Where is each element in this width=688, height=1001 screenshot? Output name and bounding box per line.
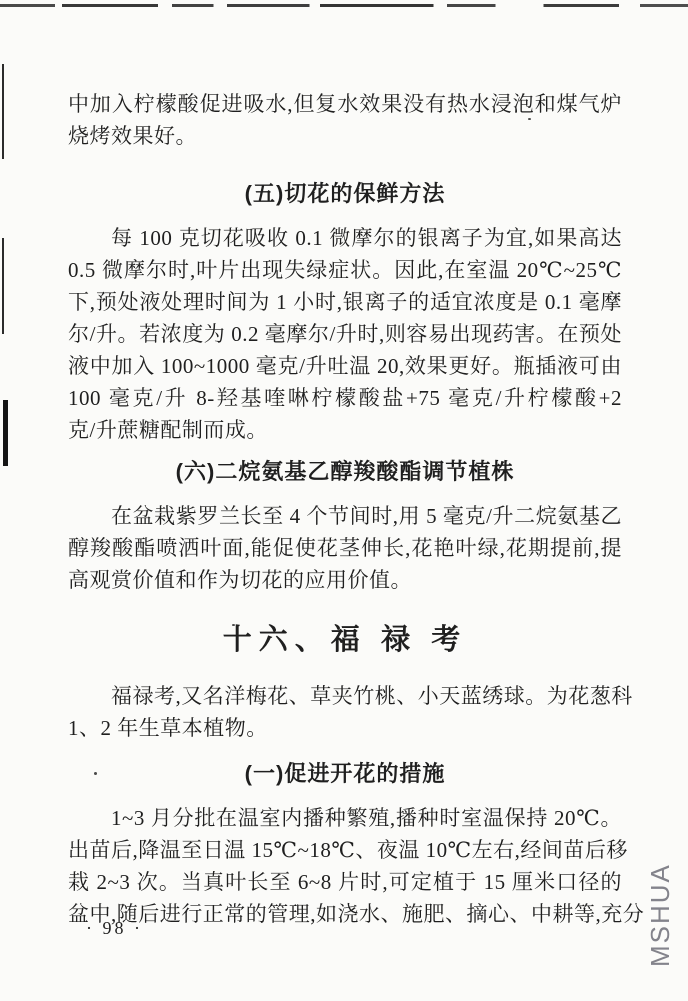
body-line: 烧烤效果好。 [68,120,622,152]
scan-edge-artifact-left-2 [2,238,4,334]
body-line: 0.5 微摩尔时,叶片出现失绿症状。因此,在室温 20℃~25℃ [68,254,622,286]
body-line: 在盆栽紫罗兰长至 4 个节间时,用 5 毫克/升二烷氨基乙 [68,500,622,532]
watermark-text: MSHUA [645,863,675,967]
body-line: 每 100 克切花吸收 0.1 微摩尔的银离子为宜,如果高达 [68,222,622,254]
body-line: 出苗后,降温至日温 15℃~18℃、夜温 10℃左右,经间苗后移 [68,834,622,866]
body-line: 液中加入 100~1000 毫克/升吐温 20,效果更好。瓶插液可由 [68,350,622,382]
book-page: 中加入柠檬酸促进吸水,但复水效果没有热水浸泡和煤气炉 烧烤效果好。 (五)切花的… [0,0,688,1001]
chapter-heading: 十六、福 禄 考 [68,620,622,660]
body-line: 栽 2~3 次。当真叶长至 6~8 片时,可定植于 15 厘米口径的 [68,866,622,898]
body-line: 醇羧酸酯喷洒叶面,能促使花茎伸长,花艳叶绿,花期提前,提 [68,532,622,564]
body-line: 中加入柠檬酸促进吸水,但复水效果没有热水浸泡和煤气炉 [68,88,622,120]
scan-edge-artifact-left-1 [2,64,4,159]
body-line: 1~3 月分批在温室内播种繁殖,播种时室温保持 20℃。 [68,802,622,834]
page-number: · 98 · [86,918,143,939]
body-line: 福禄考,又名洋梅花、草夹竹桃、小天蓝绣球。为花葱科 [68,680,622,712]
scan-edge-artifact-top [0,4,688,7]
body-line: 1、2 年生草本植物。 [68,712,622,744]
body-line: 下,预处液处理时间为 1 小时,银离子的适宜浓度是 0.1 毫摩 [68,286,622,318]
body-line: 盆中,随后进行正常的管理,如浇水、施肥、摘心、中耕等,充分 [68,898,622,930]
body-line: 尔/升。若浓度为 0.2 毫摩尔/升时,则容易出现药害。在预处 [68,318,622,350]
scan-edge-artifact-left-3 [3,400,8,466]
body-line: 100 毫克/升 8-羟基喹啉柠檬酸盐+75 毫克/升柠檬酸+2 [68,382,622,414]
section-heading-one: (一)促进开花的措施 [68,758,622,790]
section-heading-five: (五)切花的保鲜方法 [68,178,622,210]
body-line: 高观赏价值和作为切花的应用价值。 [68,564,622,596]
text-column: 中加入柠檬酸促进吸水,但复水效果没有热水浸泡和煤气炉 烧烤效果好。 (五)切花的… [68,88,622,930]
body-line: 克/升蔗糖配制而成。 [68,414,622,446]
section-heading-six: (六)二烷氨基乙醇羧酸酯调节植株 [68,456,622,488]
